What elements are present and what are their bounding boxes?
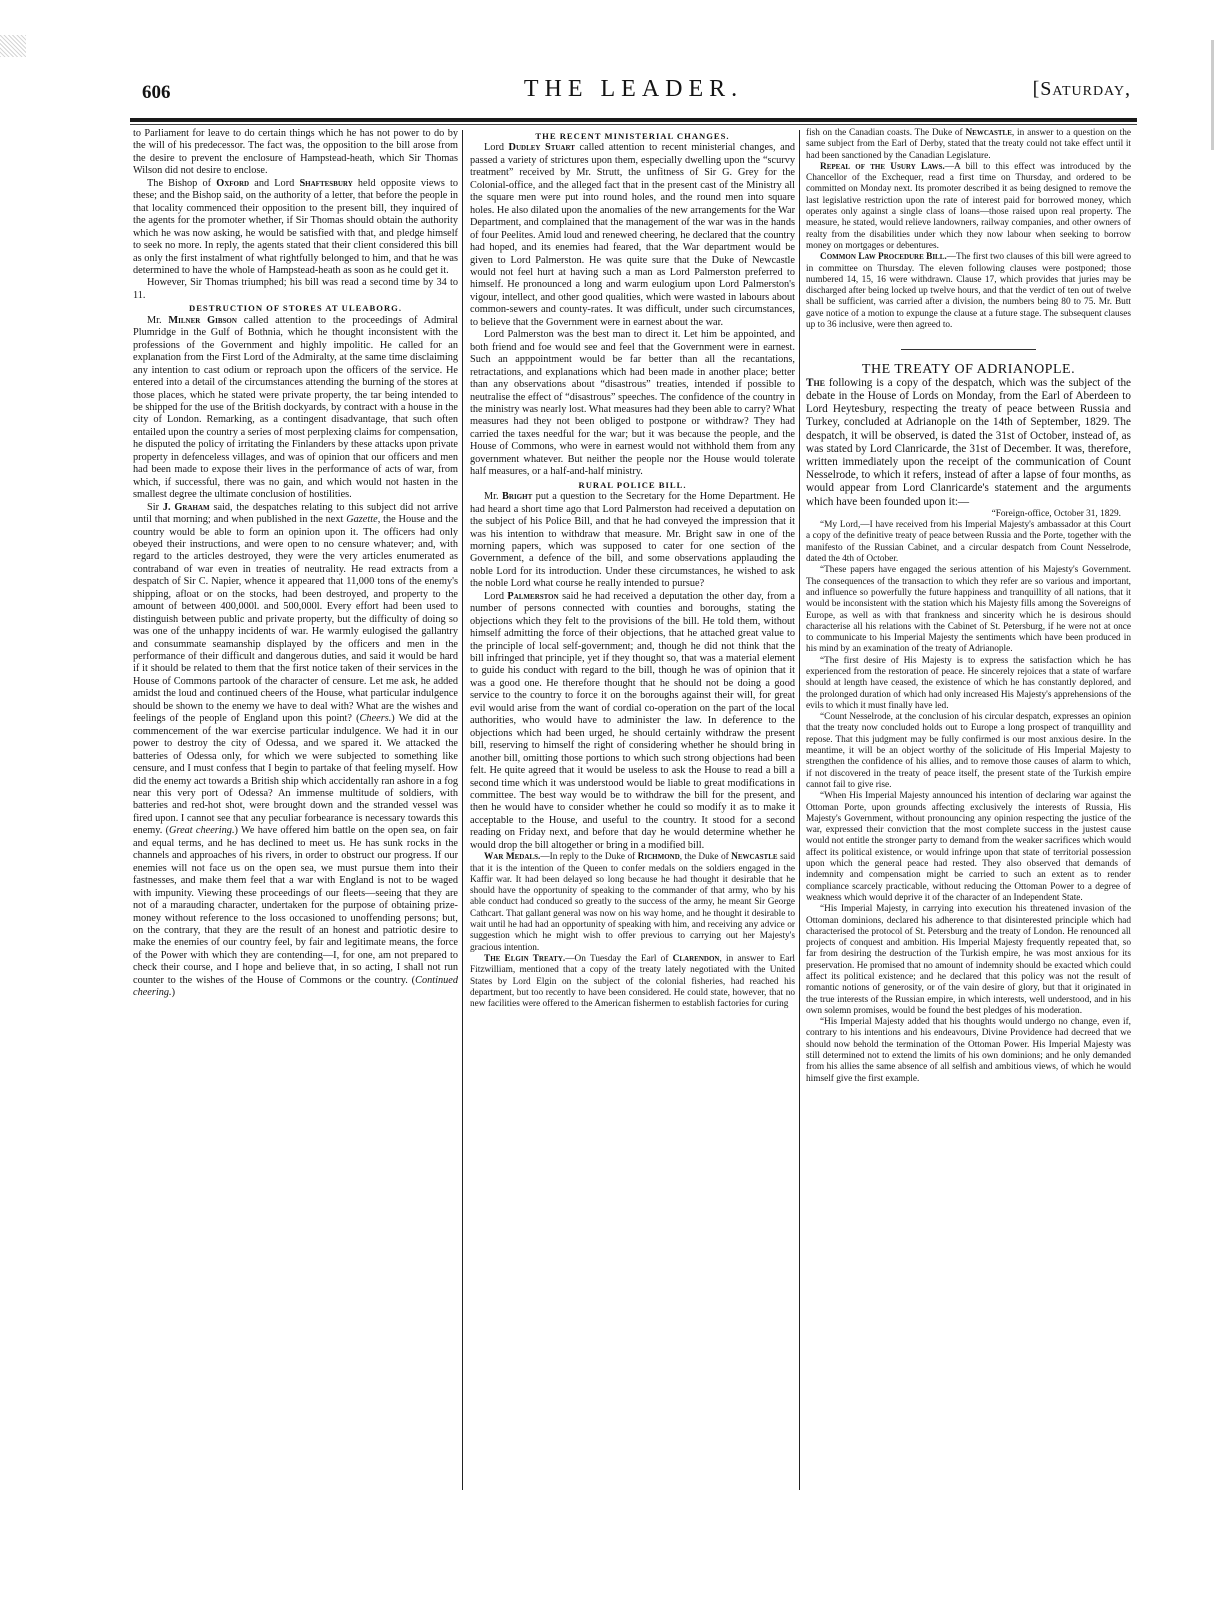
paragraph: Sir J. Graham said, the despatches relat… [133,502,458,1000]
section-divider [901,349,1036,350]
issue-day: [Saturday, [1033,78,1131,101]
column-middle: THE RECENT MINISTERIAL CHANGES. Lord Dud… [470,128,795,1010]
run-in-heading: The Elgin Treaty. [484,954,565,964]
paragraph: The Elgin Treaty.—On Tuesday the Earl of… [470,954,795,1010]
run-in-heading: War Medals. [484,852,540,862]
paragraph: However, Sir Thomas triumphed; his bill … [133,277,458,302]
paragraph: fish on the Canadian coasts. The Duke of… [806,128,1131,162]
newspaper-page: 606 THE LEADER. [Saturday, to Parliament… [0,0,1218,1616]
column-right: fish on the Canadian coasts. The Duke of… [806,128,1131,1085]
masthead-rule-thin [130,124,1137,125]
column-divider [462,130,463,1490]
paragraph: Mr. Milner Gibson called attention to th… [133,315,458,502]
section-heading: THE RECENT MINISTERIAL CHANGES. [470,130,795,142]
section-heading: RURAL POLICE BILL. [470,479,795,491]
masthead-rule [130,118,1137,122]
paragraph: “My Lord,—I have received from his Imper… [806,520,1131,565]
paragraph: Mr. Bright put a question to the Secreta… [470,491,795,591]
speaker-name: Palmerston [507,591,558,602]
scan-smudge [0,35,26,57]
run-in-heading: Repeal of the Usury Laws. [820,162,945,172]
speaker-name: Oxford [216,178,249,189]
paragraph: “The first desire of His Majesty is to e… [806,656,1131,712]
paragraph: “Count Nesselrode, at the conclusion of … [806,712,1131,791]
dateline: “Foreign-office, October 31, 1829. [806,509,1131,520]
column-divider [799,130,800,1490]
column-left: to Parliament for leave to do certain th… [133,128,458,1000]
newspaper-title: THE LEADER. [130,76,1137,103]
article-title: THE TREATY OF ADRIANOPLE. [806,364,1131,376]
speaker-name: J. Graham [163,502,210,513]
paragraph: to Parliament for leave to do certain th… [133,128,458,178]
paragraph: Lord Palmerston said he had received a d… [470,591,795,853]
paragraph: “These papers have engaged the serious a… [806,565,1131,655]
paragraph: The following is a copy of the despatch,… [806,377,1131,509]
run-in-heading: Common Law Procedure Bill. [820,252,947,262]
paragraph: Repeal of the Usury Laws.—A bill to this… [806,162,1131,252]
paragraph: Lord Dudley Stuart called attention to r… [470,142,795,329]
scan-edge [1211,40,1214,150]
speaker-name: Milner Gibson [168,315,237,326]
speaker-name: Bright [502,491,532,502]
masthead: 606 THE LEADER. [Saturday, [130,72,1137,122]
paragraph: “His Imperial Majesty, in carrying into … [806,904,1131,1017]
section-heading: DESTRUCTION OF STORES AT ULEABORG. [133,302,458,314]
speaker-name: Dudley Stuart [509,142,575,153]
paragraph: The Bishop of Oxford and Lord Shaftesbur… [133,178,458,278]
paragraph: “His Imperial Majesty added that his tho… [806,1017,1131,1085]
paragraph: Common Law Procedure Bill.—The first two… [806,252,1131,331]
paragraph: War Medals.—In reply to the Duke of Rich… [470,852,795,954]
speaker-name: Shaftesbury [299,178,352,189]
paragraph: “When His Imperial Majesty announced his… [806,791,1131,904]
paragraph: Lord Palmerston was the best man to dire… [470,329,795,478]
